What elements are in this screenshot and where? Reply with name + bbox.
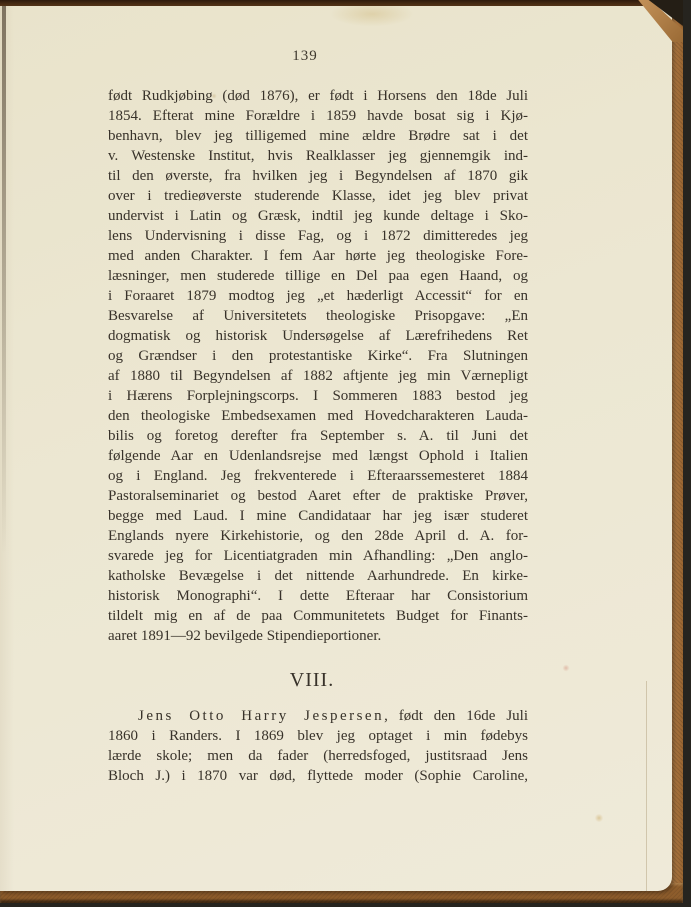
text-line: og Grændser i den protestantiske Kirke“.… (108, 346, 528, 366)
text-line: og i England. Jeg frekventerede i Eftera… (108, 466, 528, 486)
jespersen-paragraph: Jens Otto Harry Jespersen, født den 16de… (108, 706, 528, 786)
text-line: i Foraaret 1879 modtog jeg „et hæderligt… (108, 286, 528, 306)
text-line: v. Westenske Institut, hvis Realklasser … (108, 146, 528, 166)
text-line: benhavn, blev jeg tilligemed mine ældre … (108, 126, 528, 146)
page-edge-crease (646, 681, 647, 891)
text-line: Bloch J.) i 1870 var død, flyttede moder… (108, 766, 528, 786)
text-line: svarede jeg for Licentiatgraden min Afha… (108, 546, 528, 566)
text-line: begge med Laud. I mine Candidataar har j… (108, 506, 528, 526)
text-line: bilis og foretog derefter fra September … (108, 426, 528, 446)
text-line: til den øverste, fra hvilken jeg i Begyn… (108, 166, 528, 186)
text-line: med anden Charakter. I fem Aar hørte jeg… (108, 246, 528, 266)
text-line: dogmatisk og historisk Undersøgelse af L… (108, 326, 528, 346)
continuation-paragraph: født Rudkjøbing (død 1876), er født i Ho… (108, 86, 528, 646)
book-page: 139 født Rudkjøbing (død 1876), er født … (0, 6, 672, 891)
scanned-book-photo: 139 født Rudkjøbing (død 1876), er født … (0, 0, 691, 907)
text-line: følgende Aar en Udenlandsrejse med længs… (108, 446, 528, 466)
text-line: den theologiske Embedsexamen med Hovedch… (108, 406, 528, 426)
text-line: Jens Otto Harry Jespersen, født den 16de… (108, 706, 528, 726)
text-line: 1854. Efterat mine Forældre i 1859 havde… (108, 106, 528, 126)
text-line: i Hærens Forplejningscorps. I Sommeren 1… (108, 386, 528, 406)
page-text: født Rudkjøbing (død 1876), er født i Ho… (108, 86, 528, 786)
page-number: 139 (95, 48, 515, 65)
text-line-rest: , født den 16de Juli (384, 708, 528, 724)
text-line: historisk Monographi“. I dette Efteraar … (108, 586, 528, 606)
text-line: aaret 1891—92 bevilgede Stipendieportion… (108, 626, 528, 646)
text-line: af 1880 til Begyndelsen af 1882 aftjente… (108, 366, 528, 386)
text-line: lærde skole; men da fader (herredsfoged,… (108, 746, 528, 766)
text-line: lens Undervisning i disse Fag, og i 1872… (108, 226, 528, 246)
section-heading: VIII. (102, 668, 522, 692)
text-line: Besvarelse af Universitetets theologiske… (108, 306, 528, 326)
text-line: katholske Bevægelse i det nittende Aarhu… (108, 566, 528, 586)
binding-shadow (2, 6, 6, 555)
text-line: Englands nyere Kirkehistorie, og den 28d… (108, 526, 528, 546)
person-name: Jens Otto Harry Jespersen (138, 708, 384, 724)
text-line: undervist i Latin og Græsk, indtil jeg k… (108, 206, 528, 226)
text-line: tildelt mig en af de paa Communitetets B… (108, 606, 528, 626)
text-line: født Rudkjøbing (død 1876), er født i Ho… (108, 86, 528, 106)
text-line: Pastoralseminariet og bestod Aaret efter… (108, 486, 528, 506)
text-line: over i tredieøverste studerende Klasse, … (108, 186, 528, 206)
text-line: 1860 i Randers. I 1869 blev jeg optaget … (108, 726, 528, 746)
text-line: læsninger, men studerede tillige en Del … (108, 266, 528, 286)
